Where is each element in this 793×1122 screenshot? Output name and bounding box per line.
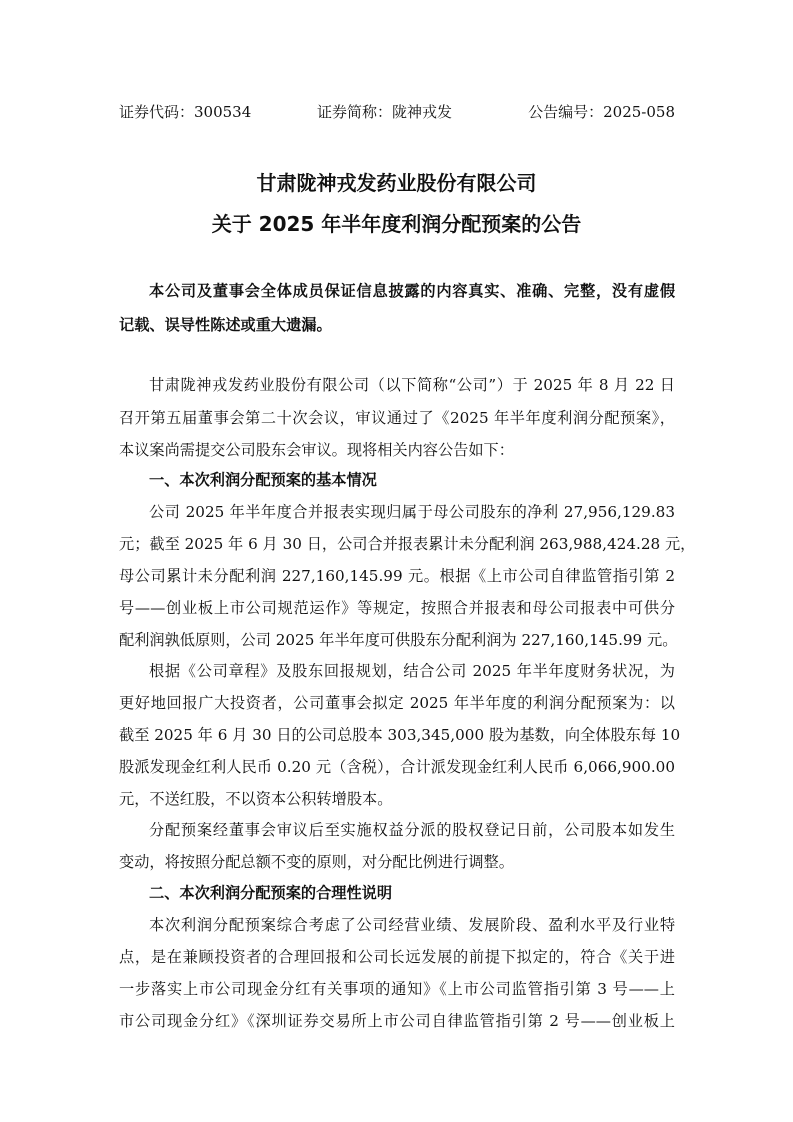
paragraph-line: 一步落实上市公司现金分红有关事项的通知》《上市公司监管指引第 3 号——上 <box>119 977 675 1001</box>
paragraph-line: 公司 2025 年半年度合并报表实现归属于母公司股东的净利 27,956,129… <box>149 500 675 524</box>
paragraph-line: 根据《公司章程》及股东回报规划，结合公司 2025 年半年度财务状况，为 <box>149 659 675 683</box>
stock-code: 证券代码：300534 <box>119 101 251 123</box>
paragraph-line: 号——创业板上市公司规范运作》等规定，按照合并报表和母公司报表中可供分 <box>119 596 675 620</box>
intro-line: 召开第五届董事会第二十次会议，审议通过了《2025 年半年度利润分配预案》， <box>119 406 675 430</box>
paragraph-line: 更好地回报广大投资者，公司董事会拟定 2025 年半年度的利润分配预案为：以 <box>119 691 675 715</box>
paragraph-line: 股派发现金红利人民币 0.20 元（含税），合计派发现金红利人民币 6,066,… <box>119 755 675 779</box>
company-title: 甘肃陇神戎发药业股份有限公司 <box>0 169 793 197</box>
paragraph-line: 本次利润分配预案综合考虑了公司经营业绩、发展阶段、盈利水平及行业特 <box>149 913 675 937</box>
intro-line: 本议案尚需提交公司股东会审议。现将相关内容公告如下： <box>119 438 675 462</box>
section-heading-2: 二、本次利润分配预案的合理性说明 <box>149 881 392 905</box>
paragraph-line: 母公司累计未分配利润 227,160,145.99 元。根据《上市公司自律监管指… <box>119 564 675 588</box>
disclaimer-line: 记载、误导性陈述或重大遗漏。 <box>119 313 675 337</box>
paragraph-line: 元；截至 2025 年 6 月 30 日，公司合并报表累计未分配利润 263,9… <box>119 532 675 556</box>
paragraph-line: 分配预案经董事会审议后至实施权益分派的股权登记日前，公司股本如发生 <box>149 818 675 842</box>
paragraph-line: 市公司现金分红》《深圳证券交易所上市公司自律监管指引第 2 号——创业板上 <box>119 1009 675 1033</box>
announcement-title: 关于 2025 年半年度利润分配预案的公告 <box>0 210 793 238</box>
paragraph-line: 截至 2025 年 6 月 30 日的公司总股本 303,345,000 股为基… <box>119 723 675 747</box>
paragraph-line: 点，是在兼顾投资者的合理回报和公司长远发展的前提下拟定的，符合《关于进 <box>119 945 675 969</box>
paragraph-line: 变动，将按照分配总额不变的原则，对分配比例进行调整。 <box>119 850 675 874</box>
intro-line: 甘肃陇神戎发药业股份有限公司（以下简称“公司”）于 2025 年 8 月 22 … <box>149 373 675 397</box>
stock-abbreviation: 证券简称：陇神戎发 <box>317 101 452 123</box>
paragraph-line: 元，不送红股，不以资本公积转增股本。 <box>119 787 675 811</box>
section-heading-1: 一、本次利润分配预案的基本情况 <box>149 468 377 492</box>
announcement-number: 公告编号：2025-058 <box>528 101 675 123</box>
paragraph-line: 配利润孰低原则，公司 2025 年半年度可供股东分配利润为 227,160,14… <box>119 628 675 652</box>
disclaimer-line: 本公司及董事会全体成员保证信息披露的内容真实、准确、完整，没有虚假 <box>149 279 675 303</box>
document-header: 证券代码：300534 证券简称：陇神戎发 公告编号：2025-058 <box>119 101 675 123</box>
document-page: 证券代码：300534 证券简称：陇神戎发 公告编号：2025-058 甘肃陇神… <box>0 0 793 1122</box>
